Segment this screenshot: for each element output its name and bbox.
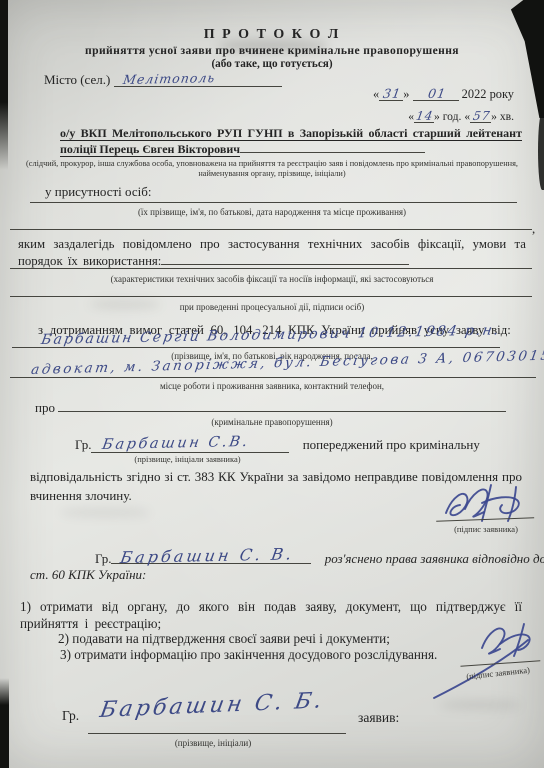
rights-tail2: ст. 60 КПК України: bbox=[30, 567, 146, 583]
blank-line bbox=[10, 217, 532, 230]
date-month-blank: 01 bbox=[413, 86, 459, 101]
rights-name-handwritten: Барбашин С. В. bbox=[119, 544, 296, 567]
warning-tail: попереджений про кримінальну bbox=[303, 437, 480, 452]
about-caption: (кримінальне правопорушення) bbox=[22, 417, 522, 427]
page-title: П Р О Т О К О Л bbox=[0, 27, 544, 43]
photo-edge-left-bottom bbox=[0, 678, 9, 768]
tech-caption1: (характеристики технічних засобів фіксац… bbox=[22, 274, 522, 284]
city-line: Місто (сел.) Мелітополь bbox=[44, 72, 282, 88]
statement-caption: (прізвище, ініціали) bbox=[128, 738, 298, 748]
warning-line: Гр.Барбашин С.В. попереджений про кримін… bbox=[75, 437, 480, 453]
page-subtitle: прийняття усної заяви про вчинене кримін… bbox=[0, 44, 544, 57]
rights-gr-label: Гр. bbox=[95, 551, 111, 566]
officer-blank bbox=[240, 142, 425, 153]
signature-caption: (підпис заявника) bbox=[436, 524, 536, 534]
time-hour-handwritten: 14 bbox=[415, 109, 435, 123]
blank-line bbox=[10, 257, 532, 269]
officer-line: о/у ВКП Мелітопольського РУП ГУНП в Запо… bbox=[60, 126, 522, 157]
page-subtitle2: (або таке, що готується) bbox=[0, 58, 544, 70]
city-label: Місто (сел.) bbox=[44, 72, 110, 87]
applicant-address-caption: місце роботи і проживання заявника, конт… bbox=[22, 381, 522, 391]
photo-edge-left-top bbox=[0, 0, 8, 170]
time-hour-label: год. bbox=[443, 110, 462, 123]
time-minute-blank: 57 bbox=[470, 109, 491, 123]
quote: » bbox=[403, 87, 409, 101]
photo-edge-right-mark bbox=[538, 112, 544, 190]
tech-caption2: при проведенні процесуальної дії, підпис… bbox=[22, 302, 522, 312]
time-hour-blank: 14 bbox=[414, 109, 434, 123]
bleed-through-text bbox=[60, 508, 150, 517]
officer-caption: (слідчий, прокурор, інша службова особа,… bbox=[22, 159, 522, 179]
city-blank: Мелітополь bbox=[114, 72, 282, 87]
time-minute-handwritten: 57 bbox=[472, 109, 492, 123]
photo-background: П Р О Т О К О Л прийняття усної заяви пр… bbox=[0, 0, 544, 768]
date-month-handwritten: 01 bbox=[427, 86, 447, 101]
blank-line bbox=[30, 190, 517, 203]
time-minute-label: хв. bbox=[500, 110, 514, 123]
presence-caption: (їх прізвище, ім'я, по батькові, дата на… bbox=[22, 207, 522, 217]
document-page: П Р О Т О К О Л прийняття усної заяви пр… bbox=[0, 0, 544, 768]
warning-name-blank: Барбашин С.В. bbox=[91, 437, 289, 453]
statement-tail: заявив: bbox=[358, 710, 399, 726]
date-year-label: року bbox=[490, 87, 514, 101]
title-block: П Р О Т О К О Л прийняття усної заяви пр… bbox=[0, 27, 544, 70]
date-day-blank: 31 bbox=[379, 86, 403, 101]
date-day-handwritten: 31 bbox=[382, 86, 402, 101]
time-line: «14» год. «57» хв. bbox=[408, 109, 514, 123]
rights-line: Гр.Барбашин С. В. роз'яснено права заявн… bbox=[95, 548, 544, 567]
about-label: про bbox=[35, 400, 55, 415]
city-handwritten: Мелітополь bbox=[122, 70, 217, 87]
date-line: «31» 01 2022 року bbox=[373, 86, 514, 102]
warning-name-handwritten: Барбашин С.В. bbox=[101, 434, 251, 453]
statement-gr-label: Гр. bbox=[62, 708, 79, 724]
quote: » bbox=[491, 110, 497, 123]
about-blank bbox=[58, 401, 506, 412]
trailing-comma: , bbox=[532, 221, 535, 237]
blank-line bbox=[10, 285, 532, 297]
warning-name-caption: (прізвище, ініціали заявника) bbox=[95, 454, 280, 464]
quote: » bbox=[434, 110, 440, 123]
rights-name-blank: Барбашин С. В. bbox=[111, 548, 311, 564]
date-year: 2022 bbox=[462, 87, 487, 101]
rights-tail: роз'яснено права заявника відповідно до bbox=[325, 551, 544, 566]
about-line: про bbox=[35, 400, 525, 416]
warning-gr-label: Гр. bbox=[75, 437, 91, 452]
